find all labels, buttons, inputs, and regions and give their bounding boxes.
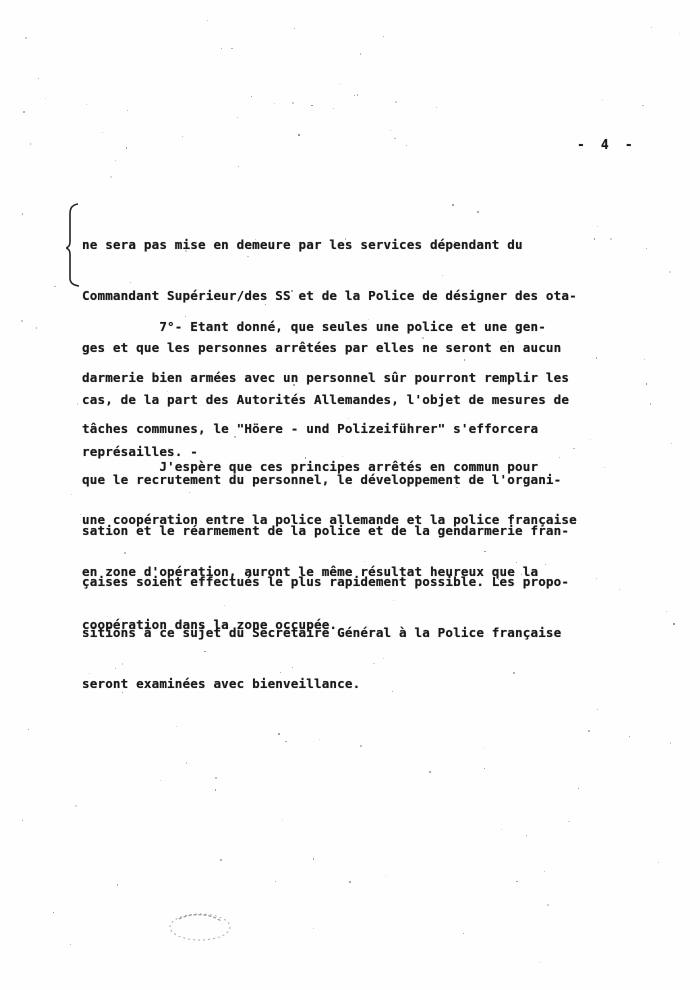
faint-stamp-mark	[165, 905, 235, 945]
text-line: 7°- Etant donné, que seules une police e…	[82, 318, 569, 335]
text-line: J'espère que ces principes arrêtés en co…	[82, 458, 577, 476]
text-line: ne sera pas mise en demeure par les serv…	[82, 236, 577, 253]
page-number: - 4 -	[577, 137, 633, 154]
text-line: seront examinées avec bienveillance.	[82, 675, 569, 692]
text-line: une coopération entre la police allemand…	[82, 511, 577, 529]
paragraph-closing: J'espère que ces principes arrêtés en co…	[82, 423, 577, 668]
text-line: coopération dans la zone occupée.	[82, 616, 577, 634]
text-line: en zone d'opération, auront le même résu…	[82, 563, 577, 581]
margin-bracket-mark	[66, 202, 80, 287]
document-page: - 4 - ne sera pas mise en demeure par le…	[0, 0, 700, 990]
text-line: darmerie bien armées avec un personnel s…	[82, 369, 569, 386]
